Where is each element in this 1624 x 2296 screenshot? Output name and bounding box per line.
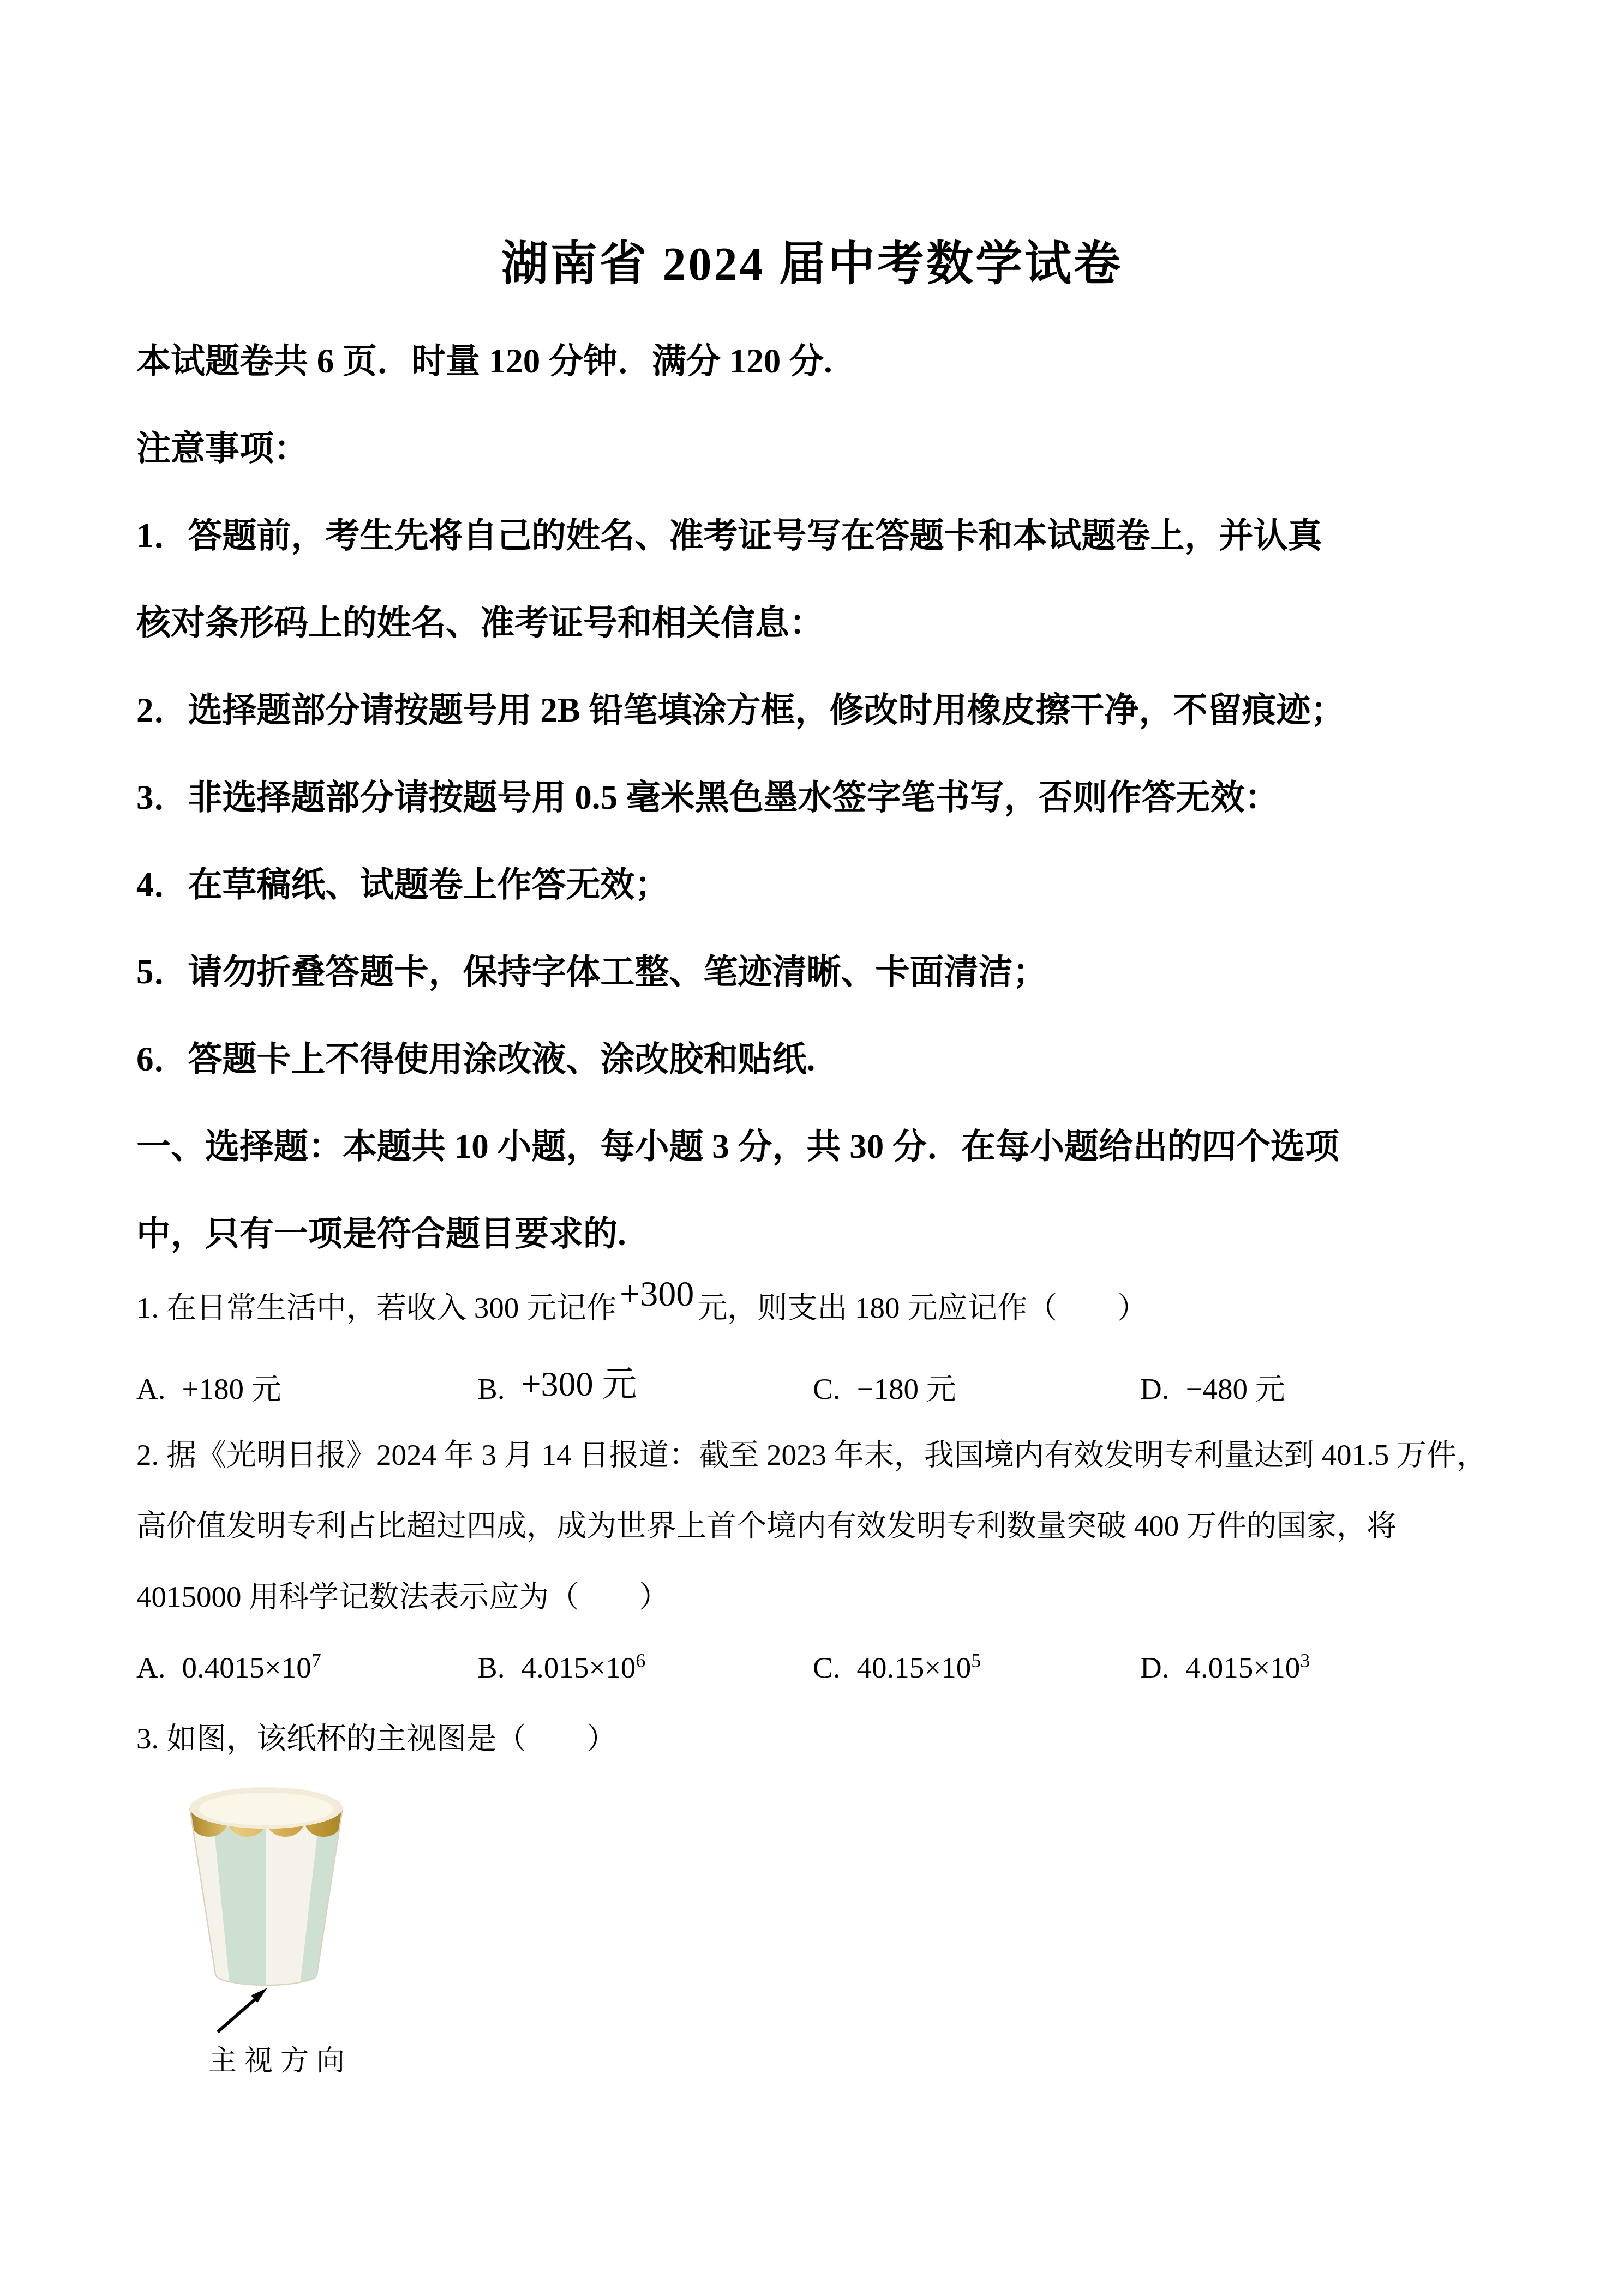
question-2-options: A.0.4015×107 B.4.015×106 C.40.15×105 D.4… (136, 1648, 1489, 1687)
question-1-option-a: A.+180 元 (136, 1369, 477, 1409)
question-3-stem: 3. 如图，该纸杯的主视图是（ ） (136, 1719, 1489, 1758)
meta-line: 本试题卷共 6 页．时量 120 分钟．满分 120 分. (136, 339, 1489, 384)
notice-heading: 注意事项： (136, 426, 1489, 471)
notice-item-5: 5．请勿折叠答题卡，保持字体工整、笔迹清晰、卡面清洁； (136, 950, 1489, 995)
question-2-option-b: B.4.015×106 (477, 1648, 813, 1687)
section-heading-line-1: 一、选择题：本题共 10 小题，每小题 3 分，共 30 分．在每小题给出的四个… (136, 1125, 1489, 1169)
question-1-stem-post: 元，则支出 180 元应记作（ ） (697, 1291, 1147, 1324)
question-1-stem-pre: 1. 在日常生活中，若收入 300 元记作 (136, 1291, 616, 1324)
question-1-stem: 1. 在日常生活中，若收入 300 元记作+300元，则支出 180 元应记作（… (136, 1283, 1489, 1330)
page-title: 湖南省 2024 届中考数学试卷 (0, 226, 1624, 293)
question-1-option-c: C.−180 元 (813, 1369, 1140, 1409)
notice-item-1-line-1: 1．答题前，考生先将自己的姓名、准考证号写在答题卡和本试题卷上，并认真 (136, 514, 1489, 558)
exam-paper-page: 湖南省 2024 届中考数学试卷 本试题卷共 6 页．时量 120 分钟．满分 … (0, 0, 1624, 2296)
notice-item-2: 2．选择题部分请按题号用 2B 铅笔填涂方框，修改时用橡皮擦干净，不留痕迹； (136, 688, 1489, 733)
question-2-line-1: 2. 据《光明日报》2024 年 3 月 14 日报道：截至 2023 年末，我… (136, 1435, 1489, 1475)
question-2-line-3: 4015000 用科学记数法表示应为（ ） (136, 1577, 1489, 1616)
front-view-arrow-shaft (218, 1998, 257, 2032)
question-2-option-c: C.40.15×105 (813, 1648, 1140, 1687)
question-2-option-a: A.0.4015×107 (136, 1648, 477, 1687)
question-2-option-d: D.4.015×103 (1140, 1648, 1310, 1687)
paper-cup-figure (184, 1778, 359, 2040)
section-heading-line-2: 中，只有一项是符合题目要求的. (136, 1212, 1489, 1257)
question-1-option-b: B.+300 元 (477, 1365, 813, 1410)
question-1-options: A.+180 元 B.+300 元 C.−180 元 D.−480 元 (136, 1365, 1489, 1410)
notice-item-4: 4．在草稿纸、试题卷上作答无效； (136, 863, 1489, 907)
question-2-line-2: 高价值发明专利占比超过四成，成为世界上首个境内有效发明专利数量突破 400 万件… (136, 1506, 1489, 1546)
question-1-option-d: D.−480 元 (1140, 1369, 1285, 1409)
notice-item-3: 3．非选择题部分请按题号用 0.5 毫米黑色墨水签字笔书写，否则作答无效： (136, 776, 1489, 820)
notice-item-6: 6．答题卡上不得使用涂改液、涂改胶和贴纸. (136, 1037, 1489, 1082)
front-view-label: 主视方向 (208, 2037, 352, 2078)
question-1-formula: +300 (620, 1274, 694, 1314)
notice-item-1-line-2: 核对条形码上的姓名、准考证号和相关信息： (136, 601, 1489, 646)
cup-inner (199, 1793, 333, 1825)
